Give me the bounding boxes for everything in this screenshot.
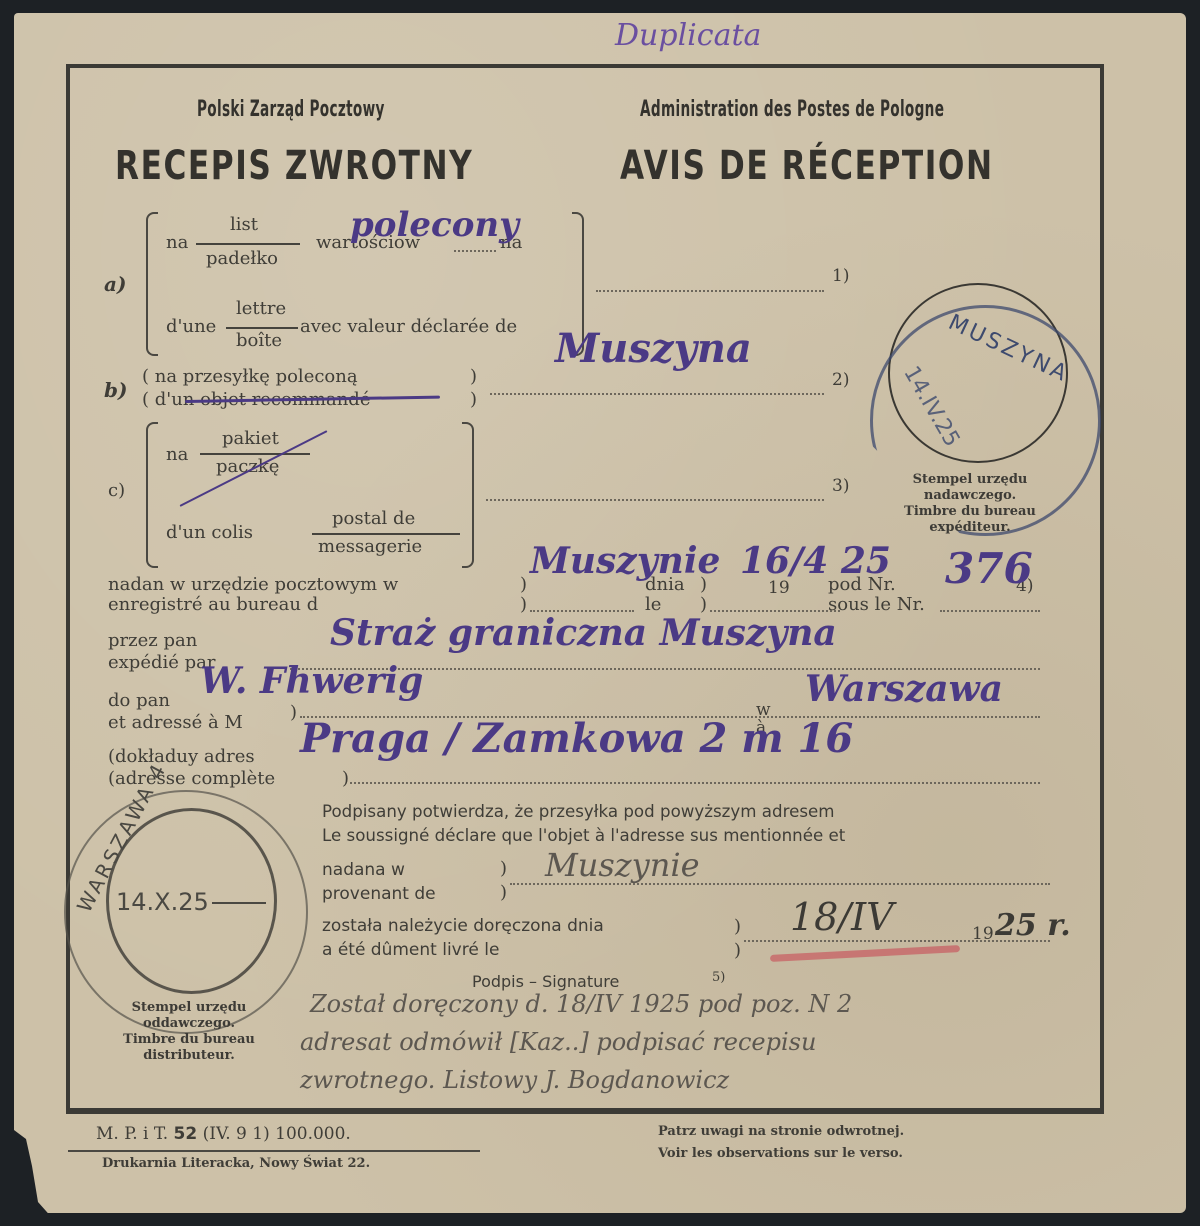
handwritten-city: Warszawa bbox=[805, 668, 1003, 710]
paren: ) bbox=[342, 768, 349, 789]
recipient-label-pl: do pan bbox=[108, 690, 170, 711]
handwritten-from: Muszynie bbox=[545, 846, 700, 884]
label-line: Stempel urzędu bbox=[880, 472, 1060, 488]
fraction-line bbox=[196, 243, 300, 245]
dotted-line bbox=[490, 393, 824, 395]
section-a-fr-top: lettre bbox=[236, 298, 286, 319]
dotted-line bbox=[350, 782, 1040, 784]
handwritten-number: 376 bbox=[945, 544, 1033, 593]
handwritten-delivered-date: 18/IV bbox=[790, 895, 894, 939]
footer-note-fr: Voir les observations sur le verso. bbox=[658, 1146, 903, 1161]
section-a-fr-prefix: d'une bbox=[166, 316, 216, 337]
label-line: Timbre du bureau bbox=[104, 1032, 274, 1048]
handwritten-note-line-2: adresat odmówił [Kaz..] podpisać recepis… bbox=[300, 1028, 816, 1056]
form-code: M. P. i T. 52 (IV. 9 1) 100.000. bbox=[96, 1124, 351, 1144]
paren: ) bbox=[470, 389, 477, 410]
section-a-pl-prefix: na bbox=[166, 232, 188, 253]
right-issuer: Administration des Postes de Pologne bbox=[640, 97, 944, 122]
form-code-suffix: (IV. 9 1) 100.000. bbox=[203, 1124, 351, 1144]
footnote-2: 2) bbox=[832, 370, 849, 390]
postmark-bar bbox=[212, 902, 266, 904]
footnote-5: 5) bbox=[712, 970, 725, 985]
printer-name: Drukarnia Literacka, Nowy Świat 22. bbox=[102, 1156, 370, 1171]
paren: ) bbox=[290, 702, 297, 723]
footnote-3: 3) bbox=[832, 476, 849, 496]
fraction-line bbox=[200, 453, 310, 455]
handwritten-recipient-name: W. Fhwerig bbox=[200, 660, 423, 702]
right-title: AVIS DE RÉCEPTION bbox=[620, 143, 994, 189]
dotted-line bbox=[486, 499, 824, 501]
registration-label-fr: enregistré au bureau d bbox=[108, 594, 318, 615]
section-a-marker: a) bbox=[104, 272, 126, 296]
handwritten-note-line-1: Został doręczony d. 18/IV 1925 pod poz. … bbox=[310, 990, 852, 1018]
top-annotation: Duplicata bbox=[615, 18, 761, 53]
handwritten-address: Praga / Zamkowa 2 m 16 bbox=[300, 715, 853, 762]
section-a-fr-bottom: boîte bbox=[236, 330, 282, 351]
fraction-line bbox=[226, 327, 298, 329]
footer-divider bbox=[68, 1150, 480, 1152]
label-line: Timbre du bureau bbox=[880, 504, 1060, 520]
section-c-marker: c) bbox=[108, 480, 125, 501]
section-c-pl-prefix: na bbox=[166, 444, 188, 465]
section-b-marker: b) bbox=[104, 378, 127, 402]
warszawa-postmark-date: 14.X.25 bbox=[116, 888, 209, 916]
registration-label-pl: nadan w urzędzie pocztowym w bbox=[108, 574, 398, 595]
section-c-right-brace bbox=[462, 422, 474, 568]
label-line: distributeur. bbox=[104, 1048, 274, 1064]
dotted-line bbox=[454, 250, 496, 252]
confirmation-line-pl: Podpisany potwierdza, że przesyłka pod p… bbox=[322, 802, 834, 822]
section-c-pl-top: pakiet bbox=[222, 428, 279, 449]
fraction-line bbox=[312, 533, 460, 535]
confirmation-line-fr: Le soussigné déclare que l'objet à l'adr… bbox=[322, 826, 845, 846]
left-title: RECEPIS ZWROTNY bbox=[115, 143, 473, 189]
delivered-label-fr: a été dûment livré le bbox=[322, 940, 499, 960]
section-c-fr-prefix: d'un colis bbox=[166, 522, 253, 543]
label-line: Stempel urzędu bbox=[104, 1000, 274, 1016]
delivery-stamp-label: Stempel urzędu oddawczego. Timbre du bur… bbox=[104, 1000, 274, 1064]
section-a-fr-suffix: avec valeur déclarée de bbox=[300, 316, 517, 337]
sender-stamp-label: Stempel urzędu nadawczego. Timbre du bur… bbox=[880, 472, 1060, 536]
section-c-fr-top: postal de bbox=[332, 508, 415, 529]
sender-label-pl: przez pan bbox=[108, 630, 197, 651]
footnote-1: 1) bbox=[832, 266, 849, 286]
section-a-left-brace bbox=[146, 212, 158, 356]
address-label-pl: (dokładuy adres bbox=[108, 746, 255, 767]
recipient-label-fr: et adressé à M bbox=[108, 712, 243, 733]
address-label-fr: (adresse complète bbox=[108, 768, 275, 789]
section-b-pl: ( na przesyłkę poleconą bbox=[142, 366, 358, 387]
year-prefix: 19 bbox=[972, 924, 994, 944]
handwritten-polecony: polecony bbox=[350, 205, 519, 245]
handwritten-note-line-3: zwrotnego. Listowy J. Bogdanowicz bbox=[300, 1066, 729, 1094]
label-line: nadawczego. bbox=[880, 488, 1060, 504]
paren: ) bbox=[500, 858, 507, 879]
signature-label: Podpis – Signature bbox=[472, 972, 619, 991]
section-c-left-brace bbox=[146, 422, 158, 568]
from-label-fr: provenant de bbox=[322, 884, 436, 904]
paren: ) bbox=[734, 940, 741, 961]
dotted-line bbox=[596, 290, 824, 292]
paren: ) bbox=[520, 574, 527, 595]
paren: ) bbox=[734, 916, 741, 937]
number-label-fr: sous le Nr. bbox=[828, 594, 925, 615]
form-code-prefix: M. P. i T. bbox=[96, 1124, 168, 1144]
handwritten-delivered-year: 25 r. bbox=[995, 908, 1071, 943]
left-issuer: Polski Zarząd Pocztowy bbox=[197, 97, 385, 122]
footer-note-pl: Patrz uwagi na stronie odwrotnej. bbox=[658, 1124, 904, 1139]
from-label-pl: nadana w bbox=[322, 860, 405, 880]
section-a-pl-top: list bbox=[230, 214, 258, 235]
handwritten-muszyna: Muszyna bbox=[555, 325, 752, 372]
handwritten-office: Muszynie bbox=[530, 540, 720, 582]
form-code-number: 52 bbox=[174, 1124, 198, 1144]
delivered-label-pl: została należycie doręczona dnia bbox=[322, 916, 604, 936]
section-a-pl-bottom: padełko bbox=[206, 248, 278, 269]
section-c-fr-bottom: messagerie bbox=[318, 536, 422, 557]
dotted-line bbox=[940, 610, 1040, 612]
handwritten-sender: Straż graniczna Muszyna bbox=[330, 612, 837, 654]
label-line: expéditeur. bbox=[880, 520, 1060, 536]
label-line: oddawczego. bbox=[104, 1016, 274, 1032]
handwritten-date: 16/4 25 bbox=[740, 540, 891, 582]
paren: ) bbox=[470, 366, 477, 387]
paren: ) bbox=[500, 882, 507, 903]
